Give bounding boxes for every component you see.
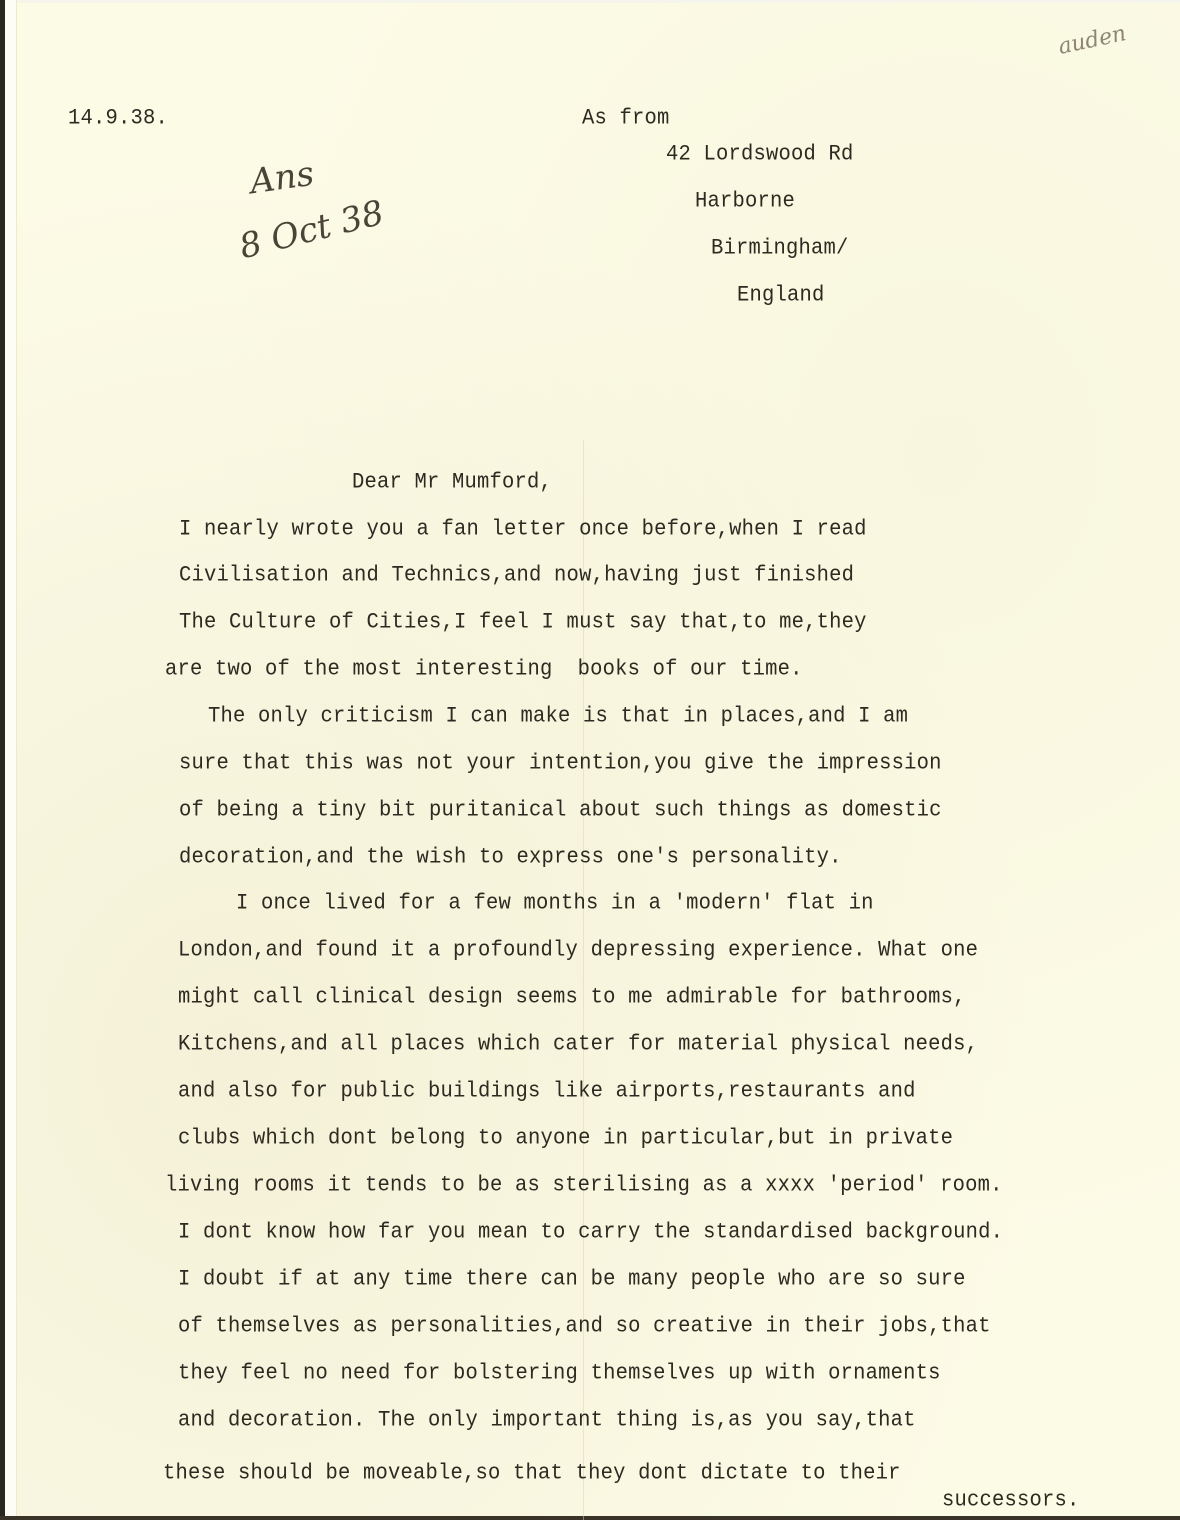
body-line: sure that this was not your intention,yo… — [179, 751, 942, 776]
address-line-1: As from — [582, 106, 670, 131]
body-line-final: successors. — [942, 1488, 1080, 1513]
body-line: I nearly wrote you a fan letter once bef… — [179, 517, 867, 542]
address-line-3: Harborne — [695, 189, 795, 214]
body-line: clubs which dont belong to anyone in par… — [178, 1126, 953, 1151]
address-line-2: 42 Lordswood Rd — [666, 142, 854, 167]
paper-fold-crease — [583, 440, 584, 1520]
body-line: I doubt if at any time there can be many… — [178, 1267, 966, 1292]
page-bottom-edge — [0, 1516, 1180, 1520]
page-margin-strip — [5, 0, 17, 1520]
page-top-edge — [0, 0, 1180, 3]
body-line: Civilisation and Technics,and now,having… — [179, 563, 854, 588]
body-line: of being a tiny bit puritanical about su… — [179, 798, 942, 823]
address-line-5: England — [737, 283, 825, 308]
body-line: living rooms it tends to be as sterilisi… — [165, 1173, 1003, 1198]
body-line: decoration,and the wish to express one's… — [179, 845, 842, 870]
body-line: and decoration. The only important thing… — [178, 1408, 916, 1433]
body-line: I dont know how far you mean to carry th… — [178, 1220, 1003, 1245]
body-line: these should be moveable,so that they do… — [163, 1461, 901, 1486]
body-line: and also for public buildings like airpo… — [178, 1079, 916, 1104]
address-line-4: Birmingham/ — [711, 236, 849, 261]
body-line: The only criticism I can make is that in… — [208, 704, 908, 729]
body-line: are two of the most interesting books of… — [165, 657, 803, 682]
body-line: London,and found it a profoundly depress… — [178, 938, 978, 963]
body-line: The Culture of Cities,I feel I must say … — [179, 610, 867, 635]
body-line: might call clinical design seems to me a… — [178, 985, 966, 1010]
body-line: of themselves as personalities,and so cr… — [178, 1314, 991, 1339]
salutation: Dear Mr Mumford, — [352, 470, 552, 495]
body-line: I once lived for a few months in a 'mode… — [236, 891, 874, 916]
body-line: they feel no need for bolstering themsel… — [178, 1361, 941, 1386]
letter-date: 14.9.38. — [68, 106, 168, 131]
body-line: Kitchens,and all places which cater for … — [178, 1032, 978, 1057]
